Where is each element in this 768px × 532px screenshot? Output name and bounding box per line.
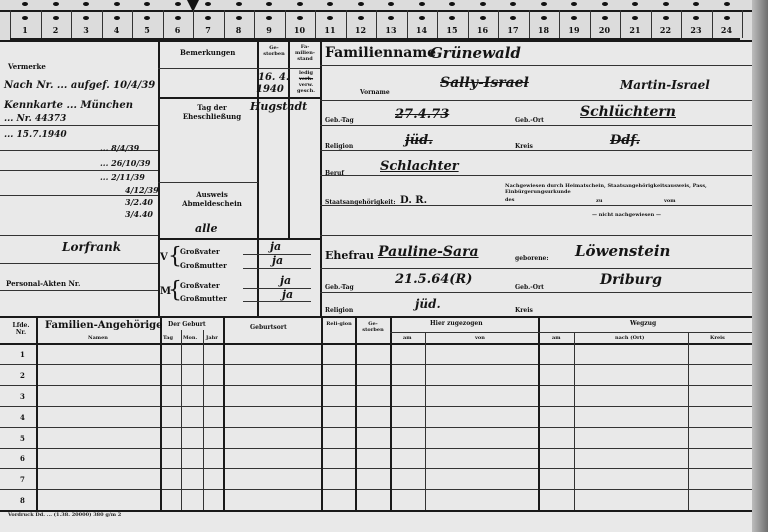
vom-label: vom	[664, 198, 676, 204]
staatsangehoerigkeit-value: D. R.	[400, 195, 427, 206]
familienname-value: Grünewald	[430, 44, 521, 62]
tag-header: Tag	[163, 335, 173, 341]
vorname-extra: Martin-Israel	[620, 78, 710, 92]
grossmutter-m-label: Großmutter	[180, 294, 227, 303]
ruler-number: 14	[407, 25, 437, 35]
beruf-label: Beruf	[325, 170, 344, 177]
table-row-number: 4	[20, 413, 25, 422]
religion-header: Reli-gion	[326, 321, 352, 327]
ruler-number: 7	[193, 25, 223, 35]
bemerkungen-label: Bemerkungen	[180, 48, 235, 57]
grandparent-mark: ja	[270, 240, 281, 253]
wegzug-header: Wegzug	[630, 320, 656, 327]
ruler-number: 17	[498, 25, 528, 35]
wife-gebtag-label: Geb.-Tag	[325, 284, 354, 291]
ruler-top-dot	[724, 2, 730, 6]
ruler-number: 19	[559, 25, 589, 35]
ruler-number: 21	[620, 25, 650, 35]
wife-religion-value: jüd.	[415, 297, 441, 311]
angehoerige-header: Familien-Angehörige	[45, 320, 163, 331]
ruler-number: 8	[224, 25, 254, 35]
tag-der-eheschliessung-label: Tag der Eheschließung	[182, 103, 242, 121]
ruler-top-dot	[22, 2, 28, 6]
familienstand-label: Fa-milien-stand	[291, 44, 319, 62]
ruler-punch-dot	[449, 16, 455, 20]
table-row-number: 3	[20, 392, 25, 401]
vermerk-entry: ... 15.7.1940	[4, 130, 67, 140]
ruler-punch-dot	[419, 16, 425, 20]
ruler-number: 12	[346, 25, 376, 35]
ruler-top-dot	[175, 2, 181, 6]
ruler-punch-dot	[663, 16, 669, 20]
ruler-number: 18	[529, 25, 559, 35]
kreis-value: Ddf.	[610, 133, 640, 148]
table-row-number: 1	[20, 350, 25, 359]
kreis-label: Kreis	[515, 143, 533, 150]
ruler-top-dot	[83, 2, 89, 6]
wife-gebtag-value: 21.5.64(R)	[395, 272, 472, 287]
ruler-punch-dot	[510, 16, 516, 20]
ruler-punch-dot	[327, 16, 333, 20]
ruler-punch-dot	[205, 16, 211, 20]
hier-zugezogen-header: Hier zugezogen	[430, 320, 483, 327]
vorname-label: Vorname	[360, 89, 390, 96]
ruler-punch-dot	[53, 16, 59, 20]
ruler-punch-dot	[114, 16, 120, 20]
zugezogen-am-header: am	[403, 335, 412, 341]
ehefrau-value: Pauline-Sara	[378, 244, 479, 260]
staatsangehoerigkeit-label: Staatsangehörigkeit:	[325, 199, 396, 206]
ruler-punch-dot	[571, 16, 577, 20]
table-row-number: 2	[20, 371, 25, 380]
gebtag-label: Geb.-Tag	[325, 117, 354, 124]
ehefrau-label: Ehefrau	[325, 249, 374, 262]
ruler-punch-dot	[388, 16, 394, 20]
ruler-top-dot	[541, 2, 547, 6]
ausweis-label: Ausweis Abmeldeschein	[182, 190, 242, 208]
table-row-line	[0, 364, 752, 365]
beruf-value: Schlachter	[380, 159, 459, 174]
ruler-top-dot	[144, 2, 150, 6]
table-row-number: 7	[20, 475, 25, 484]
ruler-top-dot	[266, 2, 272, 6]
card-edge	[752, 0, 768, 532]
der-geburt-header: Der Geburt	[168, 321, 206, 328]
table-row-line	[0, 448, 752, 449]
gebort-label: Geb.-Ort	[515, 117, 544, 124]
nach-ort-header: nach (Ort)	[615, 335, 644, 341]
jahr-header: Jahr	[206, 335, 218, 341]
gebort-value: Schlüchtern	[580, 104, 676, 120]
grossvater-m-label: Großvater	[180, 281, 220, 290]
grandparent-mark: ja	[272, 254, 283, 267]
ruler-number: 10	[285, 25, 315, 35]
ruler-number: 9	[254, 25, 284, 35]
mon-header: Mon.	[183, 335, 197, 341]
ruler-punch-dot	[632, 16, 638, 20]
ruler-top-dot	[419, 2, 425, 6]
ruler-top-dot	[53, 2, 59, 6]
ruler-number: 5	[132, 25, 162, 35]
vermerk-entry: ... Nr. 44373	[4, 114, 66, 124]
ruler-number: 20	[590, 25, 620, 35]
nicht-nachgewiesen: — nicht nachgewiesen —	[592, 212, 661, 218]
table-row-number: 6	[20, 454, 25, 463]
ruler-number: 2	[41, 25, 71, 35]
ruler-number: 3	[71, 25, 101, 35]
ruler-number: 15	[437, 25, 467, 35]
ruler-punch-dot	[144, 16, 150, 20]
ruler-punch-dot	[358, 16, 364, 20]
ruler-punch-dot	[83, 16, 89, 20]
grandparent-mark: ja	[280, 274, 291, 287]
vermerk-entry: ... 2/11/39	[100, 172, 145, 182]
grossvater-v-label: Großvater	[180, 247, 220, 256]
familienstand-options: ledig verh. verw. gesch.	[292, 70, 320, 94]
ruler-top-dot	[510, 2, 516, 6]
personal-akten-label: Personal-Akten Nr.	[6, 279, 80, 288]
ruler-number: 22	[651, 25, 681, 35]
table-row-number: 8	[20, 496, 25, 505]
wegzug-am-header: am	[552, 335, 561, 341]
ruler-top-dot	[327, 2, 333, 6]
personal-note: Lorfrank	[62, 240, 121, 254]
ruler-top-dot	[693, 2, 699, 6]
table-row-line	[0, 468, 752, 469]
ruler-punch-dot	[297, 16, 303, 20]
table-row-line	[0, 489, 752, 490]
table-row-line	[0, 427, 752, 428]
vorname-value: Sally-Israel	[440, 75, 529, 91]
vermerke-label: Vermerke	[8, 62, 46, 71]
ruler-top-dot	[205, 2, 211, 6]
vermerk-entry: Nach Nr. ... aufgef. 10/4/39	[4, 80, 155, 91]
ruler-punch-dot	[236, 16, 242, 20]
gestorben-year: 1940	[256, 84, 284, 95]
grandparent-mark: ja	[282, 288, 293, 301]
geburtsort-header: Geburtsort	[250, 324, 287, 331]
tag-der-eheschliessung-value: Hugstadt	[250, 100, 307, 113]
nachgewiesen-text: Nachgewiesen durch Heimatschein, Staatsa…	[505, 183, 750, 195]
ruler-top-dot	[571, 2, 577, 6]
ruler-number: 24	[712, 25, 742, 35]
ruler-number: 1	[10, 25, 40, 35]
ruler-top-dot	[632, 2, 638, 6]
zu-label: zu	[596, 198, 602, 204]
des-label: des	[505, 197, 515, 203]
ruler-punch-dot	[22, 16, 28, 20]
gestorben-header: Ge-storben	[358, 321, 388, 333]
geborene-label: geborene:	[515, 255, 549, 262]
ausweis-value: alle	[195, 222, 217, 235]
grossmutter-v-label: Großmutter	[180, 261, 227, 270]
ruler-punch-dot	[602, 16, 608, 20]
ruler-punch-dot	[175, 16, 181, 20]
ruler-top-dot	[358, 2, 364, 6]
ruler-top-dot	[114, 2, 120, 6]
vermerk-entry: ... 8/4/39	[100, 143, 139, 153]
table-row-line	[0, 406, 752, 407]
ruler-top-dot	[663, 2, 669, 6]
ruler-top-dot	[480, 2, 486, 6]
namen-header: Namen	[88, 335, 108, 341]
ruler-top-dot	[297, 2, 303, 6]
ruler-top-dot	[449, 2, 455, 6]
gestorben-day: 16. 4.	[258, 72, 289, 83]
familienname-label: Familienname	[325, 45, 436, 61]
table-row-line	[0, 385, 752, 386]
registration-card: 123456789101112131415161718192021222324 …	[0, 0, 752, 532]
vermerk-entry: Kennkarte ... München	[4, 100, 133, 111]
geborene-value: Löwenstein	[575, 242, 670, 260]
wife-gebort-label: Geb.-Ort	[515, 284, 544, 291]
ruler-punch-dot	[693, 16, 699, 20]
ruler-punch-dot	[266, 16, 272, 20]
ruler-punch-dot	[541, 16, 547, 20]
ruler-number: 13	[376, 25, 406, 35]
zugezogen-von-header: von	[475, 335, 485, 341]
ruler-top-dot	[236, 2, 242, 6]
ruler-punch-dot	[724, 16, 730, 20]
kreis-header: Kreis	[710, 335, 725, 341]
gebtag-value: 27.4.73	[395, 107, 449, 122]
vermerk-entry: ... 26/10/39	[100, 158, 150, 168]
table-row-number: 5	[20, 434, 25, 443]
print-note: Vordruck Dd. ... (1.38. 20000) 380 g/m 2	[8, 512, 121, 518]
vermerk-entry: 3/4.40	[125, 209, 153, 219]
lfd-nr-header: Lfde. Nr.	[8, 322, 34, 336]
vermerk-entry: 3/2.40	[125, 197, 153, 207]
ruler-number: 16	[468, 25, 498, 35]
gestorben-label: Ge-storben	[261, 45, 287, 57]
ruler-number: 23	[681, 25, 711, 35]
wife-religion-label: Religion	[325, 307, 353, 314]
religion-value: jüd.	[405, 133, 433, 148]
ruler-punch-dot	[480, 16, 486, 20]
wife-gebort-value: Driburg	[600, 272, 662, 288]
ruler-number: 4	[102, 25, 132, 35]
religion-label: Religion	[325, 143, 353, 150]
ruler-number: 11	[315, 25, 345, 35]
v-label: V	[160, 252, 168, 263]
ruler-top-dot	[388, 2, 394, 6]
ruler-number: 6	[163, 25, 193, 35]
wife-kreis-label: Kreis	[515, 307, 533, 314]
vermerk-entry: 4/12/39	[125, 185, 159, 195]
ruler-top-dot	[602, 2, 608, 6]
